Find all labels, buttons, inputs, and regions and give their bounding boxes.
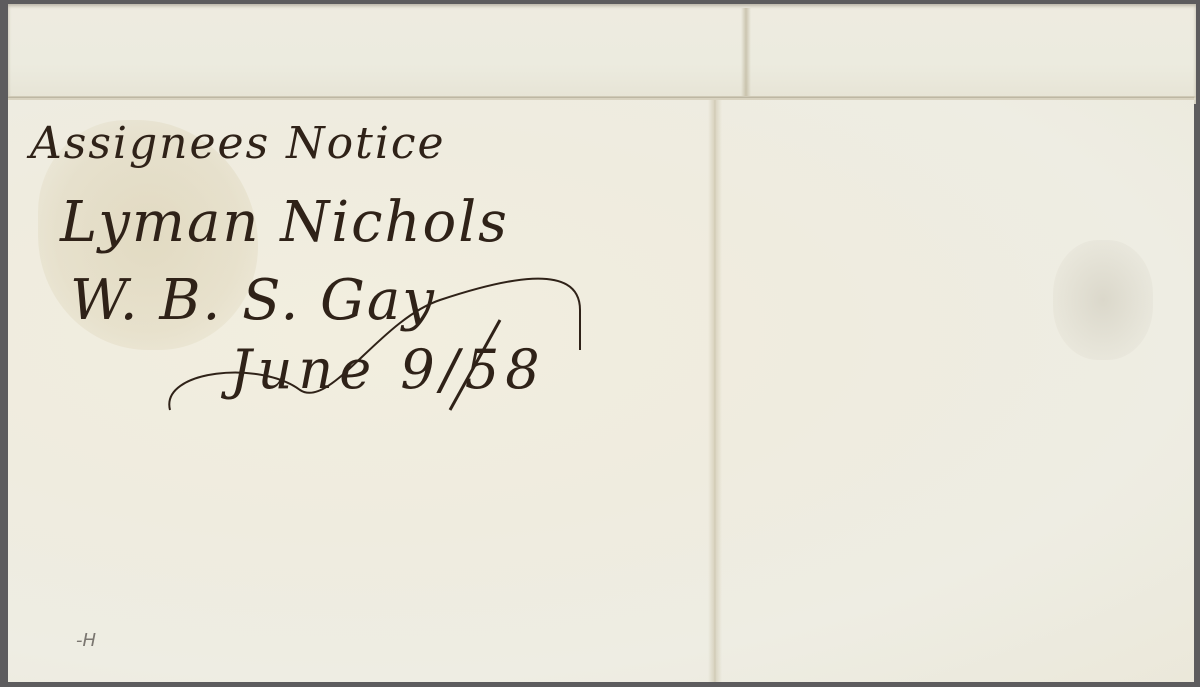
- ink-flourish-icon: [160, 260, 640, 420]
- embossed-seal-icon: [1053, 240, 1153, 360]
- back-flap: [8, 4, 1196, 104]
- top-fold-crease: [741, 8, 751, 102]
- docket-name: Lyman Nichols: [60, 190, 509, 255]
- pencil-mark: -H: [76, 630, 96, 651]
- docket-title: Assignees Notice: [30, 118, 446, 169]
- vertical-fold-crease: [708, 100, 722, 682]
